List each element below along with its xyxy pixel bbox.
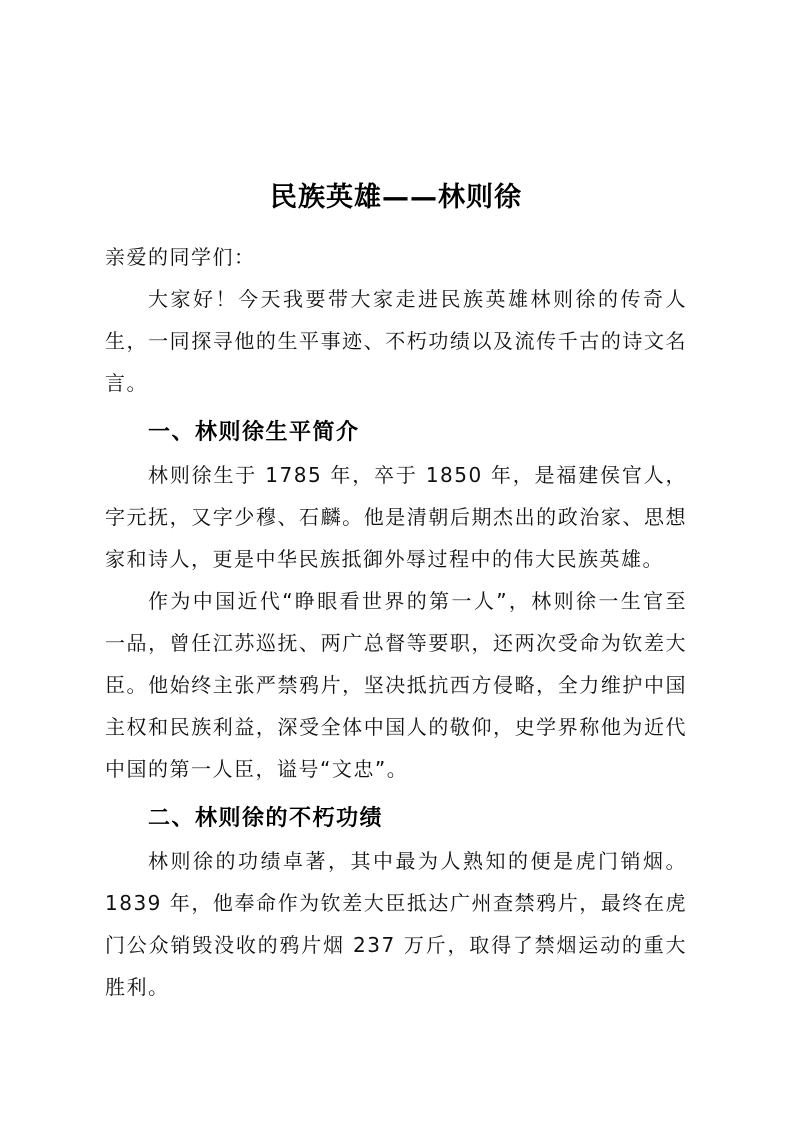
section-2-heading: 二、林则徐的不朽功绩 [105,798,687,840]
document-title: 民族英雄——林则徐 [105,181,687,215]
section-1-paragraph-1: 林则徐生于 1785 年，卒于 1850 年，是福建侯官人，字元抚，又字少穆、石… [105,454,687,580]
section-1-heading: 一、林则徐生平简介 [105,412,687,454]
intro-paragraph: 大家好！今天我要带大家走进民族英雄林则徐的传奇人生，一同探寻他的生平事迹、不朽功… [105,278,687,404]
section-2-paragraph-1: 林则徐的功绩卓著，其中最为人熟知的便是虎门销烟。1839 年，他奉命作为钦差大臣… [105,840,687,1008]
document-page: 民族英雄——林则徐 亲爱的同学们： 大家好！今天我要带大家走进民族英雄林则徐的传… [0,0,793,1122]
salutation-line: 亲爱的同学们： [105,236,687,278]
section-1-paragraph-2: 作为中国近代“睁眼看世界的第一人”，林则徐一生官至一品，曾任江苏巡抚、两广总督等… [105,580,687,790]
